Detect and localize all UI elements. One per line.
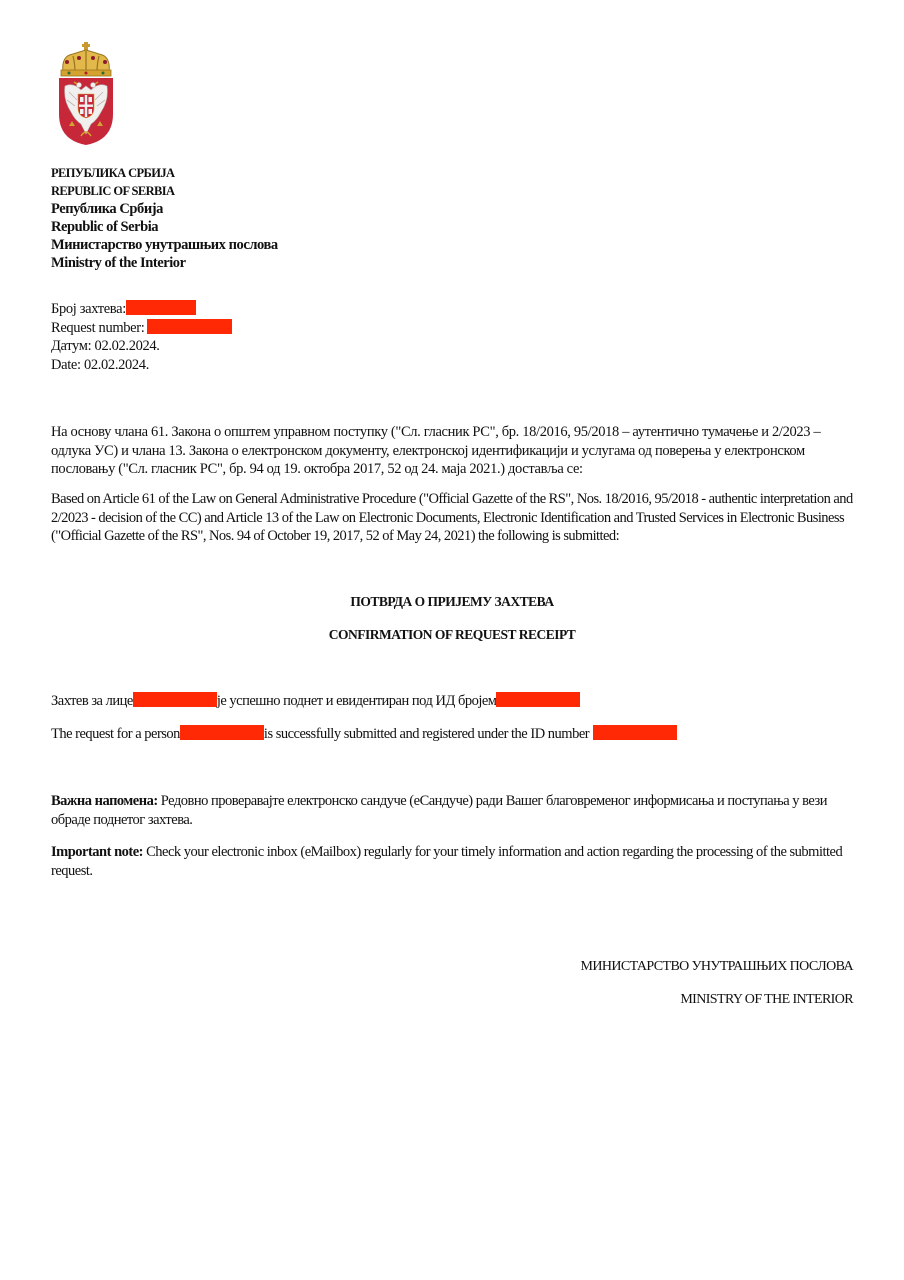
- request-number-en-row: Request number:: [51, 319, 232, 338]
- redacted-id-number: [593, 725, 677, 740]
- issuer-line: Republic of Serbia: [51, 218, 278, 236]
- important-note-sr: Важна напомена: Редовно проверавајте еле…: [51, 792, 857, 829]
- confirmation-text: Захтев за лице: [51, 693, 133, 709]
- redacted-id-number: [496, 692, 580, 707]
- document-title-en: CONFIRMATION OF REQUEST RECEIPT: [0, 627, 904, 643]
- date-value: 02.02.2024.: [95, 338, 160, 354]
- date-en-row: Date: 02.02.2024.: [51, 356, 232, 375]
- note-label: Important note:: [51, 844, 143, 860]
- confirmation-text: The request for a person: [51, 726, 180, 742]
- issuer-line: Министарство унутрашњих послова: [51, 236, 278, 254]
- confirmation-sr: Захтев за лицеје успешно поднет и евиден…: [51, 692, 580, 710]
- issuer-header: РЕПУБЛИКА СРБИЈА REPUBLIC OF SERBIA Репу…: [51, 164, 278, 272]
- issuer-line: РЕПУБЛИКА СРБИЈА: [51, 164, 278, 182]
- note-label: Важна напомена:: [51, 793, 158, 809]
- document-title-sr: ПОТВРДА О ПРИЈЕМУ ЗАХТЕВА: [0, 594, 904, 610]
- request-number-label-sr: Број захтева:: [51, 301, 126, 317]
- issuer-line: REPUBLIC OF SERBIA: [51, 182, 278, 200]
- request-number-sr-row: Број захтева:: [51, 300, 232, 319]
- date-value: 02.02.2024.: [84, 357, 149, 373]
- date-label-sr: Датум:: [51, 338, 91, 354]
- redacted-person: [133, 692, 217, 707]
- issuer-line: Република Србија: [51, 200, 278, 218]
- confirmation-text: is successfully submitted and registered…: [264, 726, 589, 742]
- note-text: Check your electronic inbox (eMailbox) r…: [51, 844, 842, 879]
- note-text: Редовно проверавајте електронско сандуче…: [51, 793, 827, 828]
- important-note-en: Important note: Check your electronic in…: [51, 843, 857, 880]
- request-meta: Број захтева: Request number: Датум: 02.…: [51, 300, 232, 374]
- signature-en: MINISTRY OF THE INTERIOR: [680, 992, 853, 1008]
- redacted-request-number: [147, 319, 232, 334]
- issuer-line: Ministry of the Interior: [51, 254, 278, 272]
- date-label-en: Date:: [51, 357, 81, 373]
- redacted-person: [180, 725, 264, 740]
- date-sr-row: Датум: 02.02.2024.: [51, 337, 232, 356]
- legal-basis-sr: На основу члана 61. Закона о општем упра…: [51, 423, 857, 479]
- request-number-label-en: Request number:: [51, 320, 144, 336]
- confirmation-text: је успешно поднет и евидентиран под ИД б…: [217, 693, 497, 709]
- confirmation-en: The request for a personis successfully …: [51, 725, 677, 743]
- redacted-request-number: [126, 300, 196, 315]
- signature-sr: МИНИСТАРСТВО УНУТРАШЊИХ ПОСЛОВА: [581, 959, 853, 975]
- legal-basis-en: Based on Article 61 of the Law on Genera…: [51, 490, 857, 546]
- serbian-coat-of-arms-icon: [55, 42, 117, 146]
